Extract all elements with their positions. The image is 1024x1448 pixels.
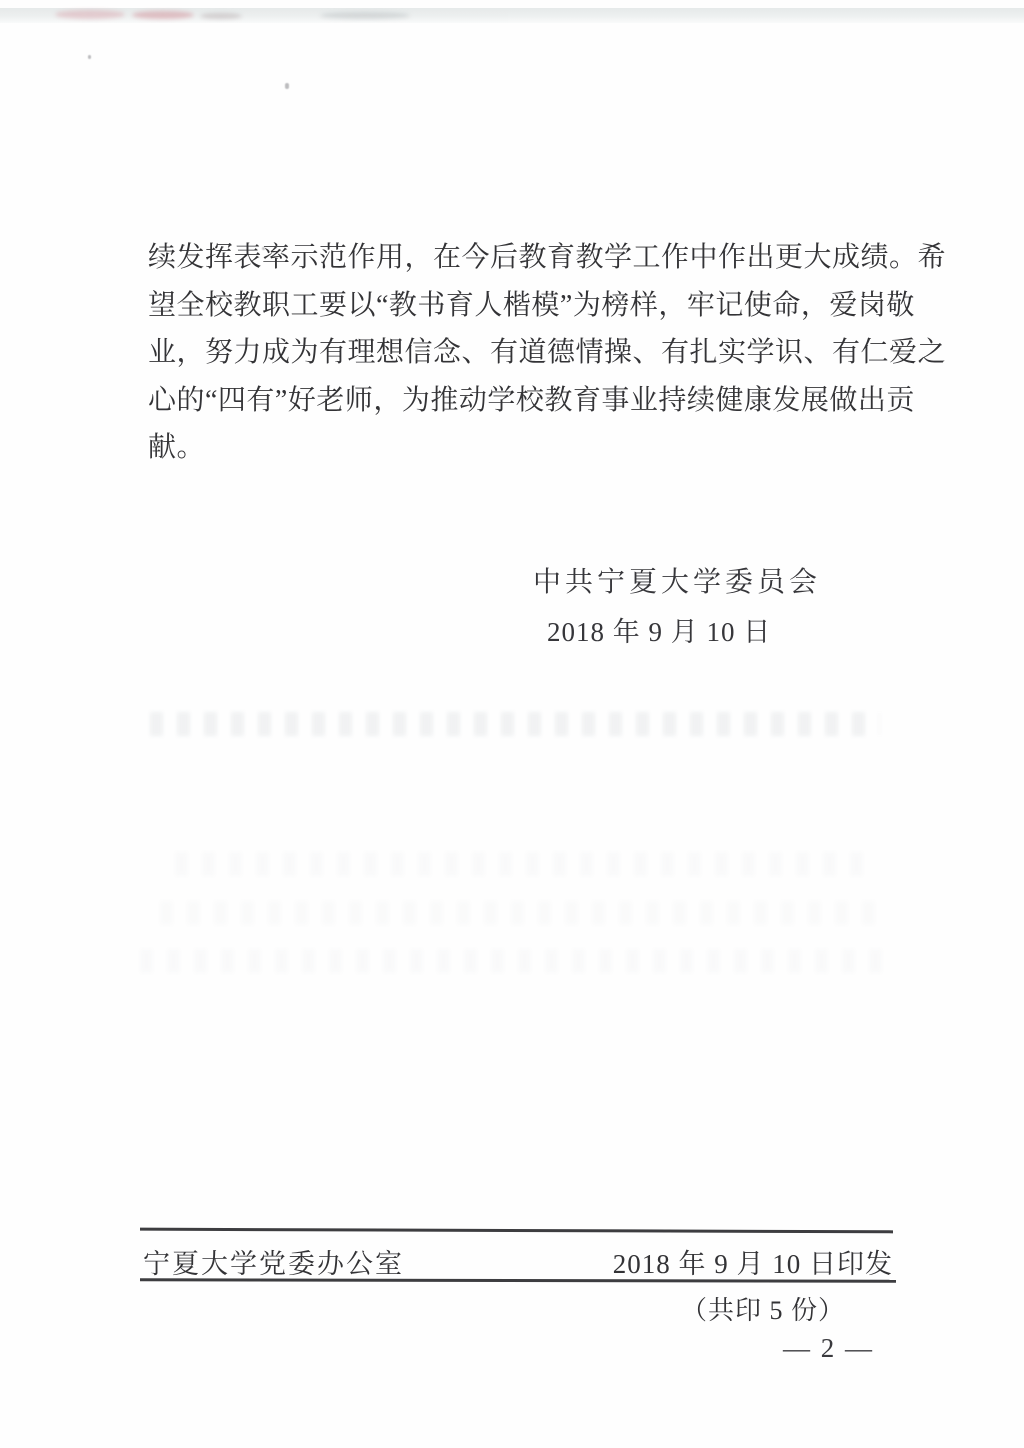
footer-rule-bottom <box>140 1278 896 1283</box>
signature-organization: 中共宁夏大学委员会 <box>533 560 821 600</box>
footer-copies-count: （共印 5 份） <box>681 1290 845 1327</box>
ink-bleed-smudge <box>200 13 242 19</box>
footer-rule-top <box>140 1228 893 1234</box>
body-line: 业，努力成为有理想信念、有道德情操、有扎实学识、有仁爱之 <box>148 329 892 377</box>
body-line: 望全校教职工要以“教书育人楷模”为榜样，牢记使命，爱岗敬 <box>148 282 892 330</box>
page-number: — 2 — <box>783 1333 874 1364</box>
bleed-through-text-row <box>160 901 875 925</box>
footer-colophon-row: 宁夏大学党委办公室 2018 年 9 月 10 日印发 <box>143 1242 893 1281</box>
scanned-document-page: 续发挥表率示范作用，在今后教育教学工作中作出更大成绩。希 望全校教职工要以“教书… <box>0 0 1024 1448</box>
body-line: 心的“四有”好老师，为推动学校教育事业持续健康发展做出贡 <box>148 377 892 425</box>
scan-speck <box>285 83 289 89</box>
body-line: 续发挥表率示范作用，在今后教育教学工作中作出更大成绩。希 <box>148 234 892 282</box>
document-body-paragraph: 续发挥表率示范作用，在今后教育教学工作中作出更大成绩。希 望全校教职工要以“教书… <box>148 234 892 472</box>
body-line: 献。 <box>148 424 892 472</box>
bleed-through-text-row <box>150 712 880 736</box>
red-ink-bleed-smudge <box>132 11 194 19</box>
scan-artifact-band <box>0 8 1024 23</box>
signature-date: 2018 年 9 月 10 日 <box>547 610 771 649</box>
red-ink-bleed-smudge <box>55 10 125 19</box>
ink-bleed-smudge <box>320 12 410 19</box>
footer-issuing-office: 宁夏大学党委办公室 <box>143 1242 404 1281</box>
bleed-through-text-row <box>175 852 865 876</box>
scan-speck <box>88 55 91 59</box>
bleed-through-text-row <box>140 949 885 973</box>
footer-print-date: 2018 年 9 月 10 日印发 <box>613 1242 893 1281</box>
